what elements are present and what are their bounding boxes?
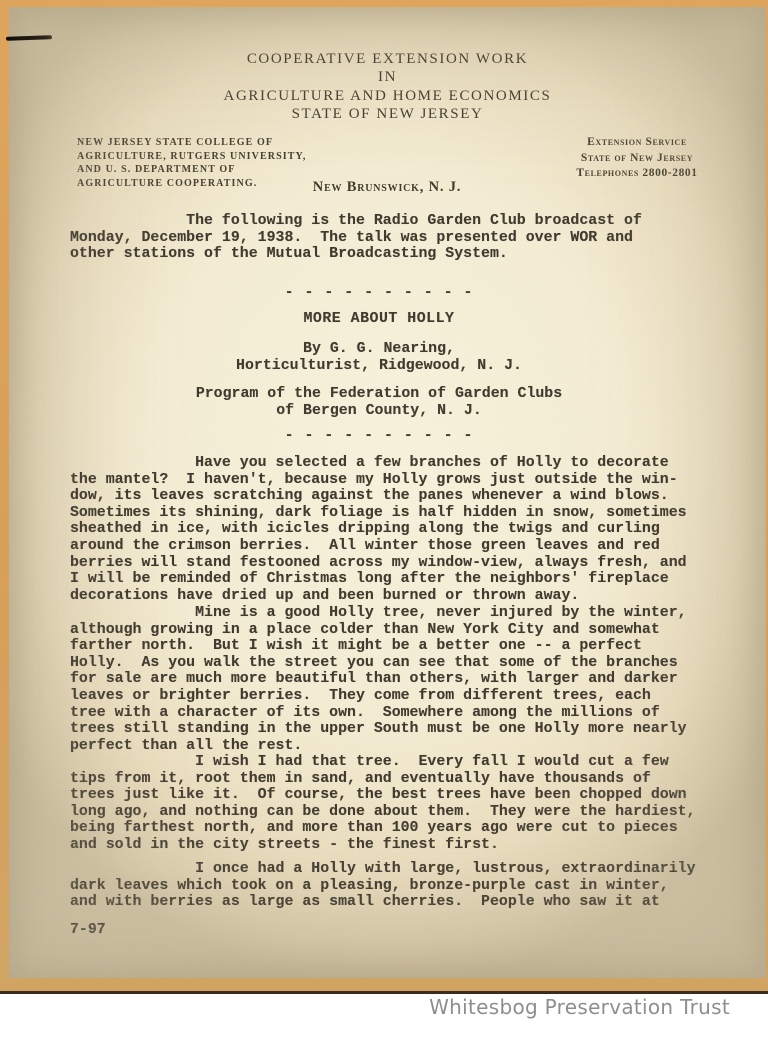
extension-service-block: Extension Service State of New Jersey Te… [567,135,707,182]
dash-separator-top: - - - - - - - - - - [9,285,749,302]
paragraph-4: I once had a Holly with large, lustrous,… [70,861,756,911]
dateline: New Brunswick, N. J. [9,179,765,196]
program-note: Program of the Federation of Garden Club… [9,386,749,419]
dash-separator-bottom: - - - - - - - - - - [9,428,749,445]
paragraph-1: Have you selected a few branches of Holl… [70,455,756,604]
document-page: COOPERATIVE EXTENSION WORK IN AGRICULTUR… [9,7,766,978]
scanned-document: COOPERATIVE EXTENSION WORK IN AGRICULTUR… [0,0,768,1057]
byline: By G. G. Nearing, Horticulturist, Ridgew… [9,341,749,374]
letterhead-title: COOPERATIVE EXTENSION WORK IN AGRICULTUR… [9,50,766,123]
paragraph-2: Mine is a good Holly tree, never injured… [70,605,756,754]
watermark: Whitesbog Preservation Trust [429,995,730,1019]
talk-title: MORE ABOUT HOLLY [9,311,749,328]
document-code: 7-97 [70,922,756,939]
intro-paragraph: The following is the Radio Garden Club b… [70,213,756,263]
paragraph-3: I wish I had that tree. Every fall I wou… [70,754,756,854]
